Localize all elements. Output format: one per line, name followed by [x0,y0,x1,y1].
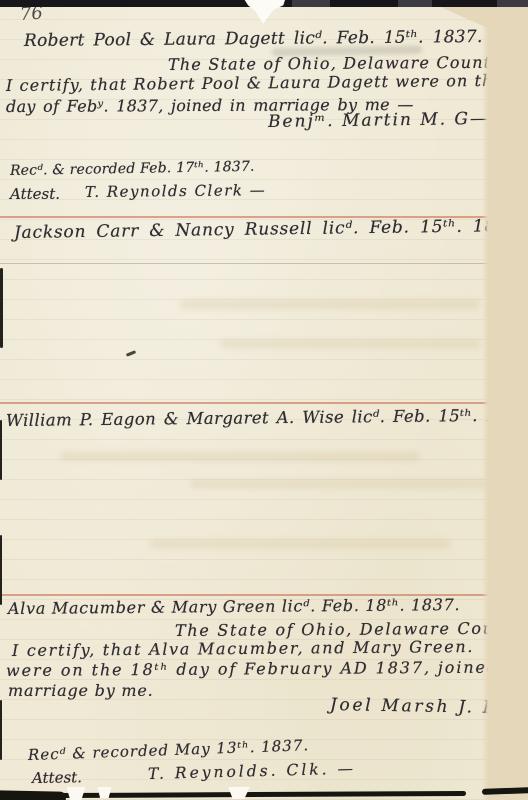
ink-showthrough [150,540,450,548]
certificate-line: marriage by me. [8,681,154,700]
scanner-edge-segment [398,0,432,7]
torn-paper-tab-top [243,0,285,24]
ink-showthrough [180,300,480,309]
faded-rule-line [0,263,528,264]
page-bottom-edge [58,791,466,798]
certificate-line: were on the 18ᵗʰ day of February AD 1837… [6,657,525,680]
entry-heading-eagon-wise: William P. Eagon & Margaret A. Wise licᵈ… [6,405,528,430]
binding-edge [0,420,2,480]
certificate-line: I certify, that Robert Pool & Laura Dage… [6,70,528,95]
entry-heading-carr-russell: Jackson Carr & Nancy Russell licᵈ. Feb. … [14,216,528,243]
certificate-line: The State of Ohio, Delaware County ss. [175,618,528,640]
stray-pen-mark [126,350,136,357]
recorded-note: Recᵈ & recorded May 13ᵗʰ. 1837. [28,736,310,764]
attest-label: Attest. [32,768,82,787]
binding-edge [0,700,2,760]
ink-showthrough [60,452,420,461]
clerk-signature: T. Reynolds. Clk. — [148,760,356,783]
entry-heading-pool-dagett: Robert Pool & Laura Dagett licᵈ. Feb. 15… [24,27,483,51]
attest-label: Attest. [10,185,60,203]
ink-showthrough [220,340,480,348]
page-bottom-edge [0,790,66,800]
binding-edge [0,535,2,605]
scanner-edge-segment [497,0,528,7]
ledger-page-scan: 76 Robert Pool & Laura Dagett licᵈ. Feb.… [0,0,528,800]
binding-edge [0,268,3,348]
certificate-line: I certify, that Alva Macumber, and Mary … [12,637,474,660]
ledger-rule-line [0,402,528,404]
scanner-edge-segment [292,0,330,7]
entry-heading-macumber-green: Alva Macumber & Mary Green licᵈ. Feb. 18… [8,595,460,618]
officiant-signature: Benjᵐ. Martin M. G— [268,109,489,132]
recorded-note: Recᵈ. & recorded Feb. 17ᵗʰ. 1837. [10,159,255,179]
underlying-page-edge [482,0,528,800]
clerk-signature: T. Reynolds Clerk — [85,181,266,201]
ink-showthrough [190,480,490,488]
